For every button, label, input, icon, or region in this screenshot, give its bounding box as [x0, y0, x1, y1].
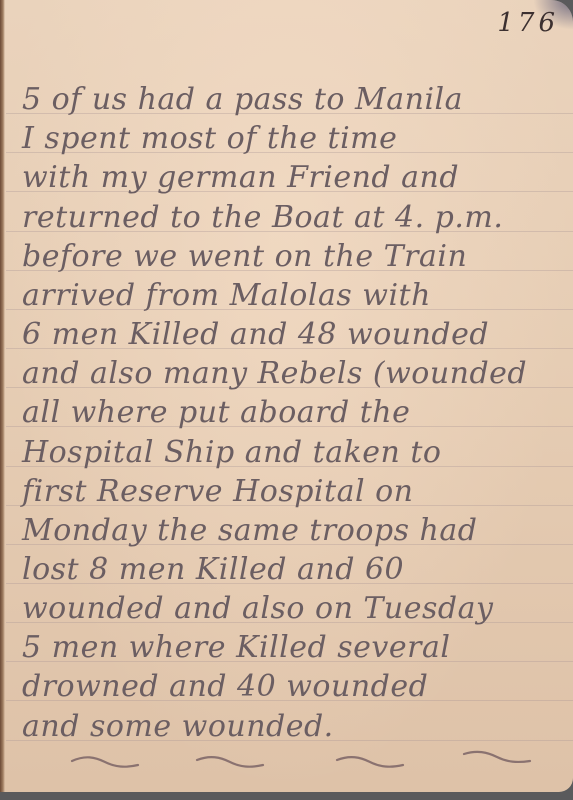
handwritten-line: drowned and 40 wounded [22, 672, 428, 702]
flourish-icon [195, 755, 265, 769]
handwritten-line: Hospital Ship and taken to [22, 438, 442, 468]
handwritten-line: 5 of us had a pass to Manila [22, 85, 463, 115]
handwritten-line: returned to the Boat at 4. p.m. [22, 203, 503, 233]
flourish-icon [335, 755, 405, 769]
handwritten-line: Monday the same troops had [22, 516, 477, 546]
handwritten-line: and also many Rebels (wounded [22, 359, 527, 389]
handwritten-line: I spent most of the time [22, 124, 397, 154]
flourish-icon [70, 755, 140, 769]
handwritten-line: arrived from Malolas with [22, 281, 431, 311]
flourish-icon [462, 750, 532, 764]
handwritten-line: wounded and also on Tuesday [22, 594, 493, 624]
handwritten-line: and some wounded. [22, 712, 334, 742]
handwritten-line: all where put aboard the [22, 398, 410, 428]
handwritten-line: 6 men Killed and 48 wounded [22, 320, 489, 350]
background-shadow [0, 792, 573, 800]
handwritten-line: with my german Friend and [22, 163, 459, 193]
handwritten-line: 5 men where Killed several [22, 633, 450, 663]
page-number: 176 [497, 8, 559, 38]
handwritten-line: lost 8 men Killed and 60 [22, 555, 404, 585]
handwritten-line: before we went on the Train [22, 242, 467, 272]
diary-page: 176 5 of us had a pass to Manila I spent… [0, 0, 573, 792]
binding-edge [0, 0, 5, 792]
handwritten-line: first Reserve Hospital on [22, 477, 413, 507]
